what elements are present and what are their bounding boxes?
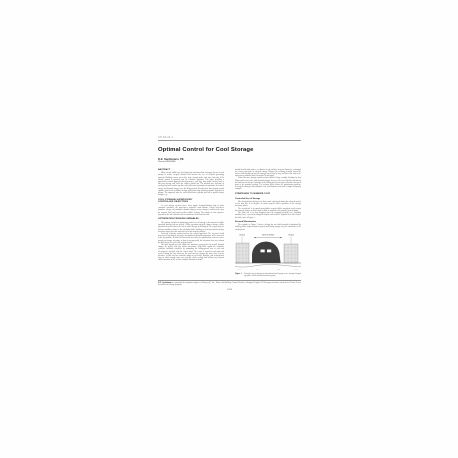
arrowhead-right <box>280 237 282 238</box>
subheading-controlled-use: Controlled Use of Storage <box>235 198 301 201</box>
variables-paragraph-3: The third ingredient is the utility rate… <box>158 244 224 262</box>
dome-inner-label-2 <box>267 250 271 253</box>
abstract-paragraph: Many electric utilities are developing r… <box>158 172 224 196</box>
controlled-paragraph-3: The third rule is to stop charging when … <box>235 212 301 219</box>
axis-tick-0: 12 AM <box>237 268 242 271</box>
axis-tick-3: 12 AM <box>294 268 299 271</box>
intro-paragraph-2: Under flat rates, storage control is alm… <box>235 177 301 190</box>
onpeak-load-dome <box>252 242 281 263</box>
footnote-text: is a principal development engineer at H… <box>158 282 301 286</box>
figure-caption-text: Example use of storage to meet demand an… <box>244 273 301 277</box>
offpeak-charge-block-right <box>284 244 298 263</box>
controlled-paragraph-1: The cheapest kilowatt-hours are those ma… <box>235 201 301 208</box>
footer-rule <box>158 280 301 281</box>
variables-paragraph-1: The primary variable in optimizing contr… <box>158 222 224 233</box>
page-number: 1009 <box>158 289 301 292</box>
dome-inner-label-1 <box>261 250 265 253</box>
left-column: ABSTRACT Many electric utilities are dev… <box>158 169 224 278</box>
author-affiliation: Member ASHRAE <box>158 161 301 164</box>
heading-strategies: STRATEGIES TO MINIMIZE COST <box>235 193 301 196</box>
heading-objectives: COOL STORAGE SUPERVISORY CONTROLLER OBJE… <box>158 199 224 204</box>
figure-label-charge-left: CHARGE <box>239 234 245 237</box>
objectives-paragraph: As cool storage systems move from simple… <box>158 205 224 216</box>
heading-variables: OPTIMIZATION PROBLEM VARIABLES <box>158 218 224 221</box>
figure-1: CHARGE ON-PEAK PERIOD CHARGE <box>235 233 301 277</box>
cooling-load-curve <box>235 265 301 268</box>
figure-caption: Figure 1 Example use of storage to meet … <box>235 273 301 277</box>
author-footnote: D.E. Spethmann is a principal developmen… <box>158 282 301 287</box>
demand-paragraph: The example of Figure 1 shows a design d… <box>235 224 301 231</box>
right-column: should benefit both parties: a reduction… <box>235 169 301 278</box>
figure-caption-label: Figure 1 <box>235 273 242 277</box>
page-title: Optimal Control for Cool Storage <box>158 147 301 154</box>
axis-tick-2: 6 PM <box>277 269 281 271</box>
load-profile-chart: CHARGE ON-PEAK PERIOD CHARGE <box>235 233 301 270</box>
paper-code: CH-93-22-1 <box>158 136 301 139</box>
heading-abstract: ABSTRACT <box>158 169 224 172</box>
header-rule <box>158 140 301 141</box>
screenshot-canvas: CH-93-22-1 Optimal Control for Cool Stor… <box>0 0 458 458</box>
variables-paragraph-2: Forecasts of hourly cooling load are the… <box>158 233 224 244</box>
figure-label-charge-right: CHARGE <box>288 234 294 237</box>
figure-label-onpeak: ON-PEAK PERIOD <box>262 234 275 237</box>
arrowhead-left <box>254 237 256 238</box>
offpeak-charge-block-left <box>236 243 249 263</box>
body-columns: ABSTRACT Many electric utilities are dev… <box>158 169 301 278</box>
axis-tick-1: 8 AM <box>256 268 260 271</box>
paper-page: CH-93-22-1 Optimal Control for Cool Stor… <box>158 136 301 292</box>
